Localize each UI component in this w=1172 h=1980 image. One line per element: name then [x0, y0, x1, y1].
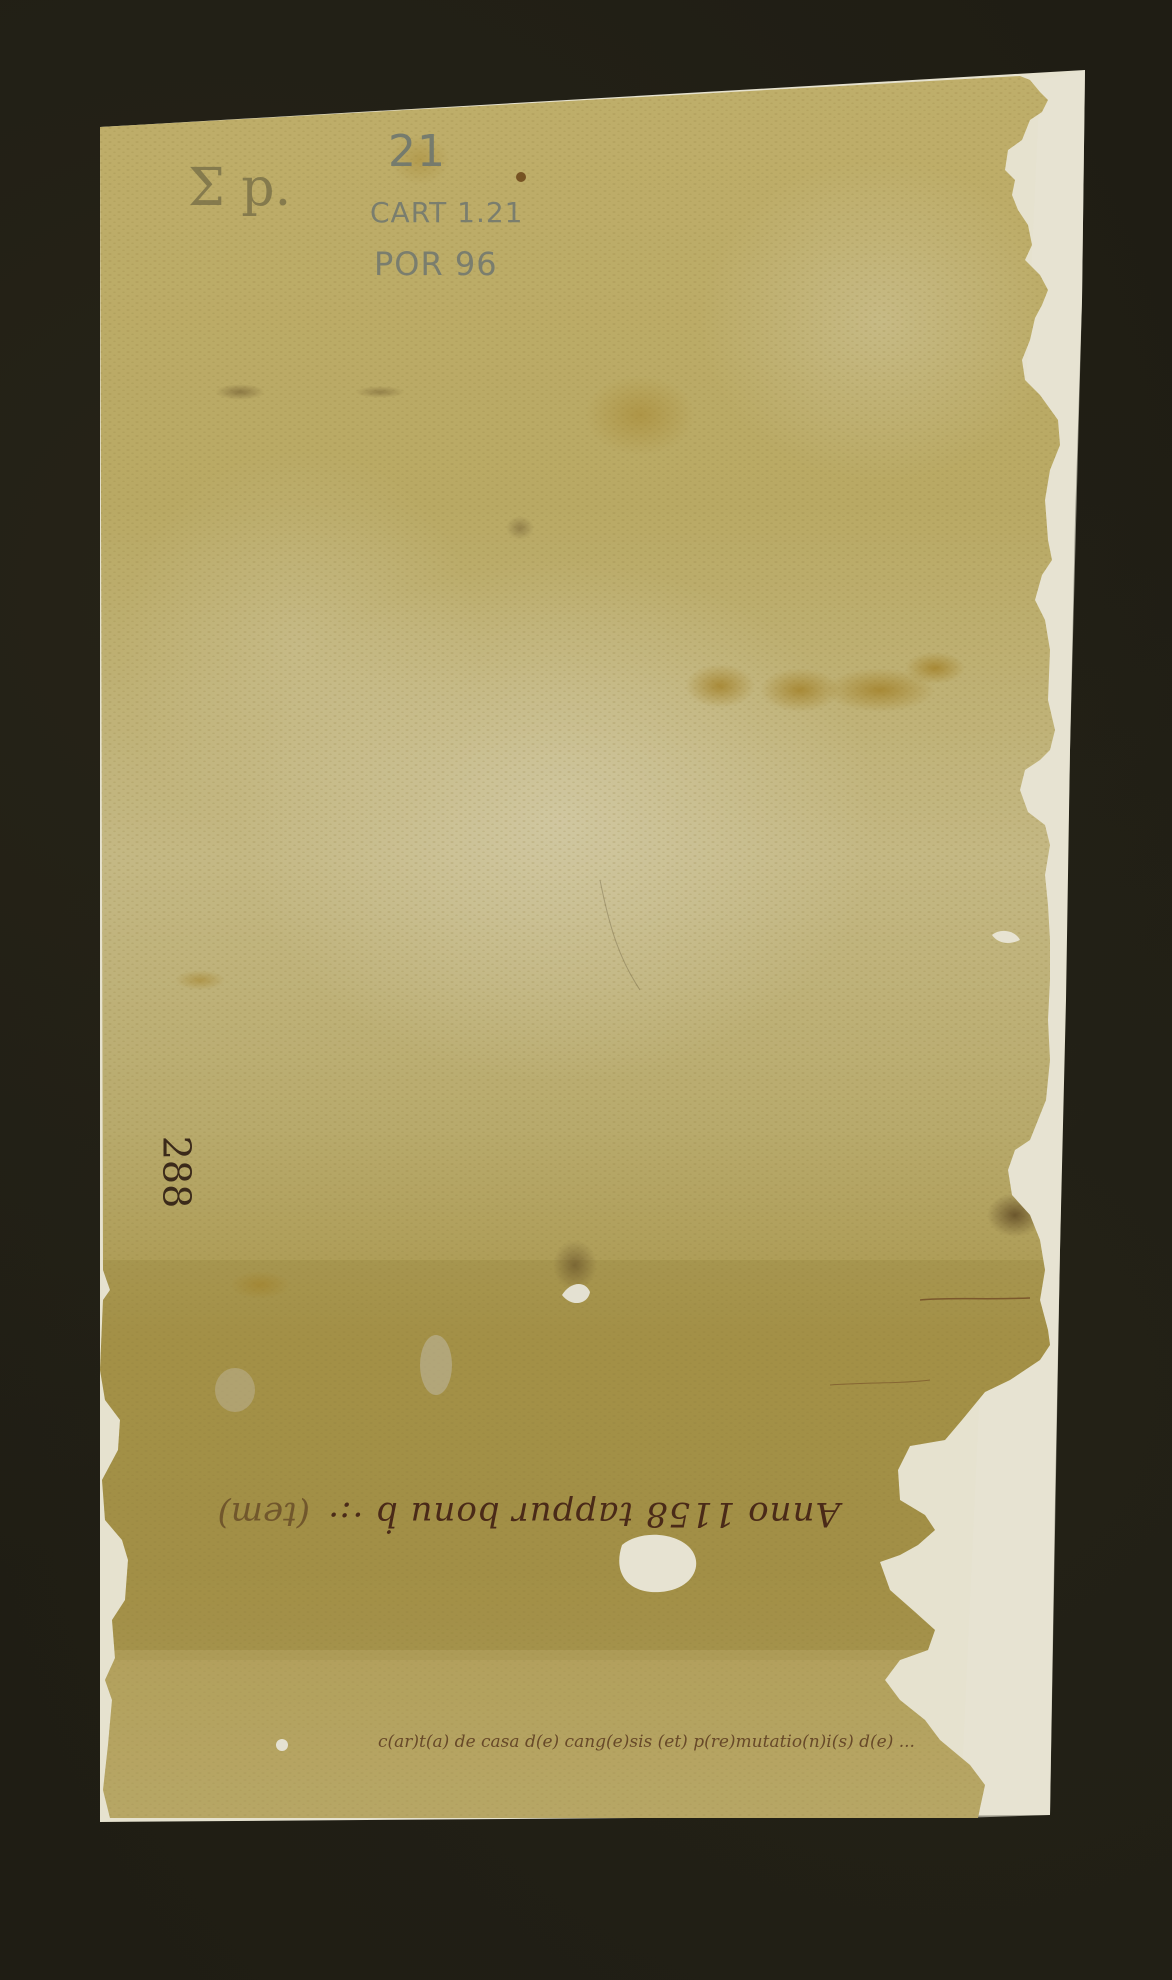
endorsement-line: Anno 1158 tappur bonu ḃ ·:· (tem) — [140, 1488, 880, 1538]
folio-number: 288 — [154, 1136, 198, 1209]
endorsement-prefix: (tem) — [217, 1494, 310, 1534]
shelf-number: 21 — [388, 126, 446, 177]
cart-reference: CART 1.21 — [370, 196, 523, 229]
por-reference: POR 96 — [374, 245, 498, 283]
endorsement-text: Anno 1158 tappur bonu ḃ ·:· — [327, 1494, 840, 1534]
bottom-note: c(ar)t(a) de casa d(e) cang(e)sis (et) p… — [378, 1732, 915, 1752]
faded-ink-mark: Σ p. — [188, 158, 291, 218]
parchment-sheet — [0, 0, 1172, 1980]
